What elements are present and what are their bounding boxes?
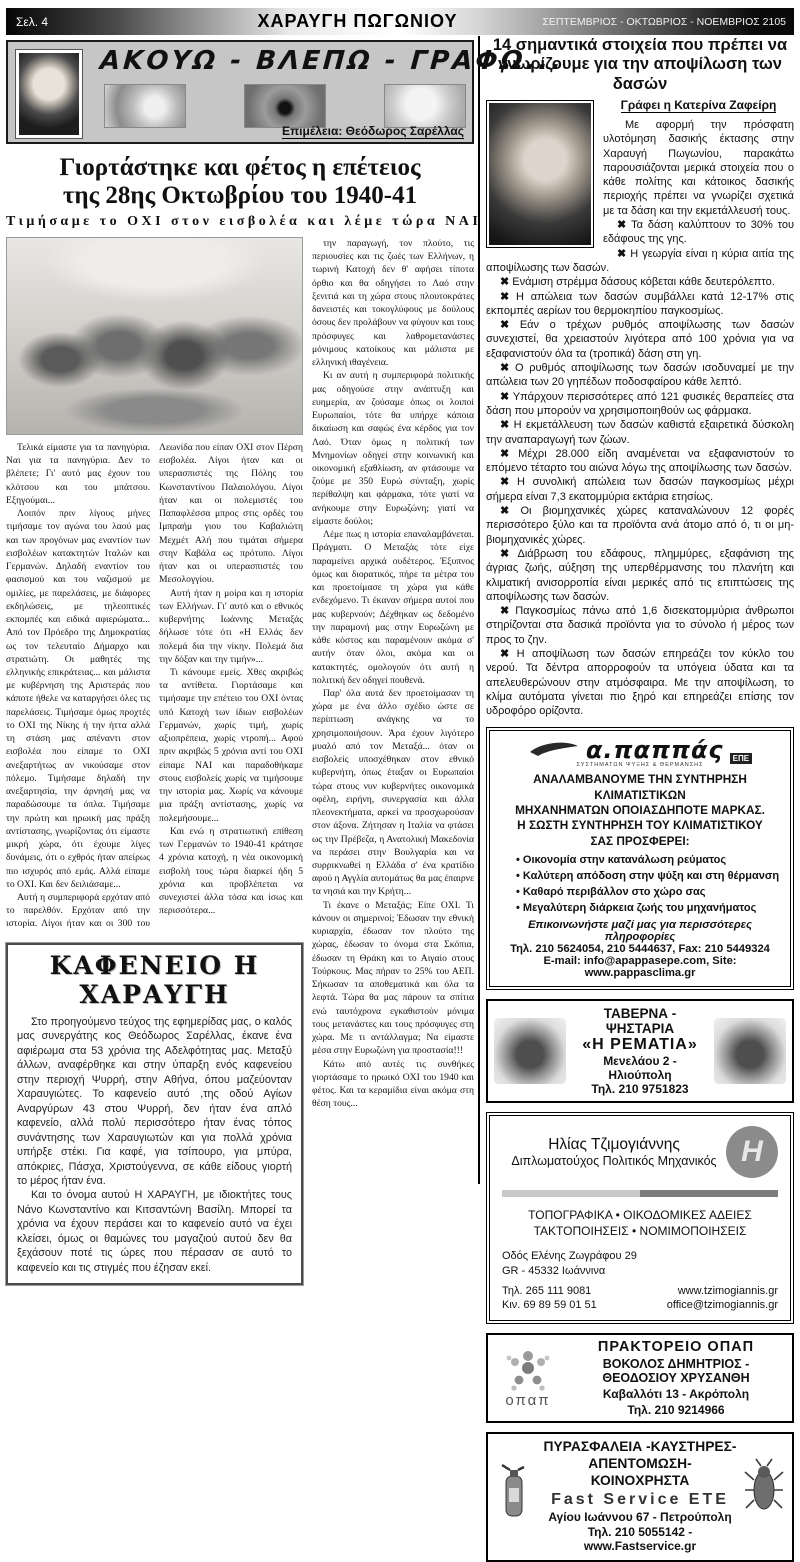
tzimogiannis-names: Ηλίας Τζιμογιάννης Διπλωματούχος Πολιτικ… xyxy=(502,1136,726,1168)
taverna-type: ΤΑΒΕΡΝΑ - ΨΗΣΤΑΡΙΑ xyxy=(572,1006,708,1036)
headline-line2: της 28ης Οκτωβρίου του 1940-41 xyxy=(6,182,474,210)
forest-bullet-list: Τα δάση καλύπτουν το 30% του εδάφους της… xyxy=(486,218,794,718)
author-photo-image xyxy=(489,103,591,245)
taverna-ad: ΤΑΒΕΡΝΑ - ΨΗΣΤΑΡΙΑ «Η ΡΕΜΑΤΙΑ» Μενελάου … xyxy=(486,999,794,1103)
pappas-logo-text: α.παππάς xyxy=(586,736,724,764)
banner-editor-credit: Επιμέλεια: Θεόδωρος Σαρέλλας xyxy=(282,124,464,139)
forest-article-title: 14 σημαντικά στοιχεία που πρέπει να γνωρ… xyxy=(486,36,794,94)
taverna-address: Μενελάου 2 - Ηλιούπολη xyxy=(572,1054,708,1082)
forest-bullet: Η αποψίλωση των δασών επηρεάζει τον κύκλ… xyxy=(486,647,794,718)
taverna-text: ΤΑΒΕΡΝΑ - ΨΗΣΤΑΡΙΑ «Η ΡΕΜΑΤΙΑ» Μενελάου … xyxy=(572,1006,708,1096)
article-paragraph: Κι αν αυτή η συμπεριφορά πολιτικής μας ο… xyxy=(312,369,474,528)
left-page-region: ΑΚΟΥΩ - ΒΛΕΠΩ - ΓΡΑΦΩ... Επιμέλεια: Θεόδ… xyxy=(6,40,474,1188)
forest-bullet: Ο ρυθμός αποψίλωσης των δασών ισοδυναμεί… xyxy=(486,361,794,390)
forest-bullet: Διάβρωση του εδάφους, πλημμύρες, εξαφάνι… xyxy=(486,547,794,604)
article-paragraph: Και ενώ η στρατιωτική επίθεση των Γερμαν… xyxy=(159,825,303,918)
banner-title: ΑΚΟΥΩ - ΒΛΕΠΩ - ΓΡΑΦΩ... xyxy=(99,46,469,76)
article-paragraph: Παρ' όλα αυτά δεν προετοίμασαν τη χώρα μ… xyxy=(312,687,474,899)
listening-ear-icon xyxy=(104,84,186,128)
pappas-email-site: E-mail: info@apappasepe.com, Site: www.p… xyxy=(498,955,782,979)
forest-bullet: Παγκοσμίως πάνω από 1,6 δισεκατομμύρια ά… xyxy=(486,604,794,647)
portrait-image xyxy=(19,53,79,135)
pappas-benefit: Καθαρό περιβάλλον στο χώρο σας xyxy=(516,885,782,901)
pappas-epe-label: ΕΠΕ xyxy=(730,753,752,764)
headline-line1: Γιορτάστηκε και φέτος η επέτειος xyxy=(6,154,474,182)
forest-bullet: Εάν ο τρέχων ρυθμός αποψίλωσης των δασών… xyxy=(486,318,794,361)
newspaper-title: ΧΑΡΑΥΓΗ ΠΩΓΩΝΙΟΥ xyxy=(176,11,539,32)
forest-bullet: Η γεωργία είναι η κύρια αιτία της αποψίλ… xyxy=(486,247,794,276)
taverna-name: «Η ΡΕΜΑΤΙΑ» xyxy=(572,1036,708,1054)
author-portrait-photo xyxy=(15,49,83,139)
tzimogiannis-header: Ηλίας Τζιμογιάννης Διπλωματούχος Πολιτικ… xyxy=(502,1126,778,1178)
forest-bullet: Η εκμετάλλευση των δασών καθιστά εξαιρετ… xyxy=(486,418,794,447)
pappas-benefit: Μεγαλύτερη διάρκεια ζωής του μηχανήματος xyxy=(516,901,782,917)
pappas-phones: Τηλ. 210 5624054, 210 5444637, Fax: 210 … xyxy=(498,943,782,955)
banner-thumbnails xyxy=(104,84,466,128)
writing-hand-icon xyxy=(384,84,466,128)
tzimogiannis-h-logo-icon: H xyxy=(726,1126,778,1178)
kafeneio-box: ΚΑΦΕΝΕΙΟ Η ΧΑΡΑΥΓΗ Στο προηγούμενο τεύχο… xyxy=(6,943,303,1188)
author-photo xyxy=(486,100,594,248)
kafeneio-text: Στο προηγούμενο τεύχος της εφημερίδας μα… xyxy=(17,1015,292,1188)
main-subhead: Τιμήσαμε το ΟΧΙ στον εισβολέα και λέμε τ… xyxy=(6,214,474,230)
forest-title-line2: γνωρίζουμε για την αποψίλωση των δασών xyxy=(486,55,794,94)
pappas-heading: ΑΝΑΛΑΜΒΑΝΟΥΜΕ ΤΗΝ ΣΥΝΤΗΡΗΣΗ ΚΛΙΜΑΤΙΣΤΙΚΩ… xyxy=(498,772,782,849)
forest-bullet: Η απώλεια των δασών συμβάλλει κατά 12-17… xyxy=(486,290,794,319)
article-column-3: την παραγωγή, τον πλούτο, τις περιουσίες… xyxy=(312,237,474,1188)
column-divider xyxy=(478,36,480,1184)
article-paragraph: Τελικά είμαστε για τα πανηγύρια. Ναι για… xyxy=(6,441,150,507)
forest-bullet: Μέχρι 28.000 είδη αναμένεται να εξαφανισ… xyxy=(486,447,794,476)
right-page-region: 14 σημαντικά στοιχεία που πρέπει να γνωρ… xyxy=(486,36,794,1188)
food-photo-right xyxy=(714,1018,786,1084)
article-paragraph: Κάτω από αυτές τις συνθήκες γιορτάσαμε τ… xyxy=(312,1058,474,1111)
main-headline: Γιορτάστηκε και φέτος η επέτειος της 28η… xyxy=(6,154,474,210)
taverna-phone: Τηλ. 210 9751823 xyxy=(572,1082,708,1096)
article-left-block: Τελικά είμαστε για τα πανηγύρια. Ναι για… xyxy=(6,237,303,1188)
battle-scene-illustration xyxy=(6,237,303,435)
forest-bullet: Οι βιομηχανικές χώρες καταναλώνουν 12 φο… xyxy=(486,504,794,547)
forest-bullet: Η συνολική απώλεια των δασών παγκοσμίως … xyxy=(486,475,794,504)
kafeneio-paragraph: Στο προηγούμενο τεύχος της εφημερίδας μα… xyxy=(17,1015,292,1188)
engineer-name: Ηλίας Τζιμογιάννης xyxy=(502,1136,726,1154)
engineer-profession: Διπλωματούχος Πολιτικός Μηχανικός xyxy=(502,1154,726,1168)
akouo-blepo-grafo-banner: ΑΚΟΥΩ - ΒΛΕΠΩ - ΓΡΑΦΩ... Επιμέλεια: Θεόδ… xyxy=(6,40,474,144)
masthead-bar: Σελ. 4 ΧΑΡΑΥΓΗ ΠΩΓΩΝΙΟΥ ΣΕΠΤΕΜΒΡΙΟΣ - ΟΚ… xyxy=(6,8,794,35)
pappas-logo: α.παππάς ΕΠΕ xyxy=(498,736,782,764)
article-paragraph: Τι έκανε ο Μεταξάς; Είπε ΟΧΙ. Τι κάνουν … xyxy=(312,899,474,1058)
pappas-swoosh-icon xyxy=(528,740,580,760)
pappas-benefits-list: Οικονομία στην κατανάλωση ρεύματοςΚαλύτε… xyxy=(516,853,782,917)
pappas-benefit: Καλύτερη απόδοση στην ψύξη και στη θέρμα… xyxy=(516,869,782,885)
issue-date: ΣΕΠΤΕΜΒΡΙΟΣ - ΟΚΤΩΒΡΙΟΣ - ΝΟΕΜΒΡΙΟΣ 2105 xyxy=(539,16,794,28)
article-paragraph: Τι κάνουμε εμείς. Χθες ακριβώς τα αντίθε… xyxy=(159,666,303,825)
pappas-contact-line: Επικοινωνήστε μαζί μας για περισσότερες … xyxy=(498,919,782,943)
forest-title-line1: 14 σημαντικά στοιχεία που πρέπει να xyxy=(486,36,794,55)
pappas-benefit: Οικονομία στην κατανάλωση ρεύματος xyxy=(516,853,782,869)
main-article-body: Τελικά είμαστε για τα πανηγύρια. Ναι για… xyxy=(6,237,474,1188)
forest-bullet: Υπάρχουν περισσότερες από 121 φυσικές θε… xyxy=(486,390,794,419)
article-paragraph: Λοιπόν πριν λίγους μήνες τιμήσαμε τον αγ… xyxy=(6,507,150,891)
article-paragraph: Λέμε πως η ιστορία επαναλαμβάνεται. Πράγ… xyxy=(312,528,474,687)
article-columns-1-2: Τελικά είμαστε για τα πανηγύρια. Ναι για… xyxy=(6,441,303,935)
pappas-ad: α.παππάς ΕΠΕ ΣΥΣΤΗΜΑΤΩΝ ΨΥΞΗΣ & ΘΕΡΜΑΝΣΗ… xyxy=(486,727,794,989)
article-paragraph: Αυτή ήταν η μοίρα και η ιστορία των Ελλή… xyxy=(159,587,303,666)
kafeneio-title: ΚΑΦΕΝΕΙΟ Η ΧΑΡΑΥΓΗ xyxy=(17,951,292,1009)
food-photo-left xyxy=(494,1018,566,1084)
forest-article-body: Γράφει η Κατερίνα Ζαφείρη Με αφορμή την … xyxy=(486,98,794,718)
eye-icon xyxy=(244,84,326,128)
article-paragraph: την παραγωγή, τον πλούτο, τις περιουσίες… xyxy=(312,237,474,369)
tzimogiannis-ad: Ηλίας Τζιμογιάννης Διπλωματούχος Πολιτικ… xyxy=(486,1112,794,1188)
page-number: Σελ. 4 xyxy=(6,15,176,29)
forest-bullet: Ενάμιση στρέμμα δάσους κόβεται κάθε δευτ… xyxy=(486,275,794,289)
